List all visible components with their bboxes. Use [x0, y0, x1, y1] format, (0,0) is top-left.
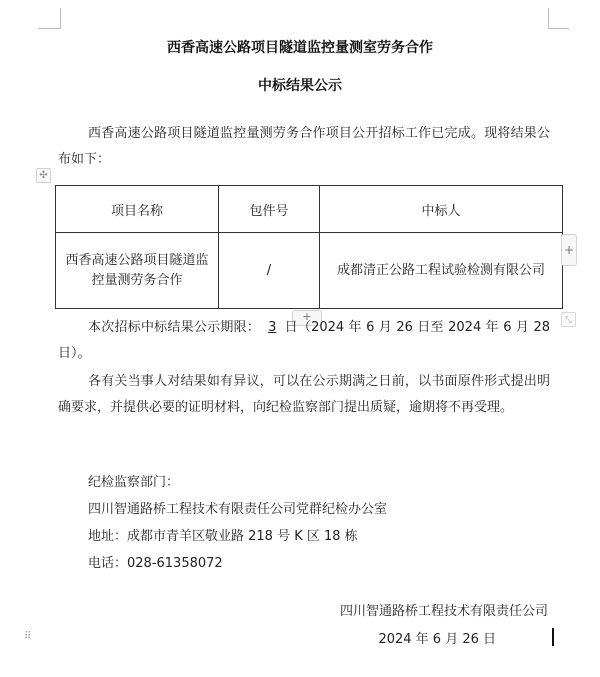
header-winner: 中标人: [320, 186, 563, 233]
document-title: 西香高速公路项目隧道监控量测室劳务合作: [0, 37, 600, 57]
header-package-no: 包件号: [219, 186, 320, 233]
table-resize-icon[interactable]: ⤡: [561, 312, 576, 327]
paragraph-drag-handle-icon[interactable]: ⠿: [24, 634, 32, 648]
add-column-button[interactable]: +: [561, 234, 577, 266]
cell-winner: 成都清正公路工程试验检测有限公司: [320, 233, 563, 309]
objection-paragraph: 各有关当事人对结果如有异议，可以在公示期满之日前，以书面原件形式提出明确要求，并…: [58, 369, 550, 421]
document-subtitle: 中标结果公示: [0, 75, 600, 95]
period-prefix: 本次招标中标结果公示期限：: [88, 320, 260, 335]
period-days: 3: [260, 320, 284, 335]
signature-company: 四川智通路桥工程技术有限责任公司: [340, 600, 548, 619]
contact-office: 四川智通路桥工程技术有限责任公司党群纪检办公室: [88, 497, 387, 523]
header-project-name: 项目名称: [56, 186, 219, 233]
table-move-icon[interactable]: ✣: [36, 168, 51, 183]
period-paragraph: 本次招标中标结果公示期限：3日（2024 年 6 月 26 日至 2024 年 …: [58, 315, 550, 367]
result-table: 项目名称 包件号 中标人 西香高速公路项目隧道监控量测劳务合作 / 成都清正公路…: [55, 185, 563, 309]
cell-package-no: /: [219, 233, 320, 309]
signature-date: 2024 年 6 月 26 日: [378, 628, 496, 647]
table-row: 西香高速公路项目隧道监控量测劳务合作 / 成都清正公路工程试验检测有限公司: [56, 233, 563, 309]
contact-phone: 电话：028-61358072: [88, 551, 223, 577]
table-header-row: 项目名称 包件号 中标人: [56, 186, 563, 233]
intro-paragraph: 西香高速公路项目隧道监控量测劳务合作项目公开招标工作已完成。现将结果公布如下：: [58, 121, 550, 173]
cell-project-name: 西香高速公路项目隧道监控量测劳务合作: [56, 233, 219, 309]
contact-dept-label: 纪检监察部门：: [88, 470, 179, 496]
page-margin-corner-top-right: [548, 8, 569, 29]
page-margin-corner-top-left: [38, 8, 61, 29]
contact-address: 地址：成都市青羊区敬业路 218 号 K 区 18 栋: [88, 524, 358, 550]
text-cursor: [552, 628, 554, 646]
